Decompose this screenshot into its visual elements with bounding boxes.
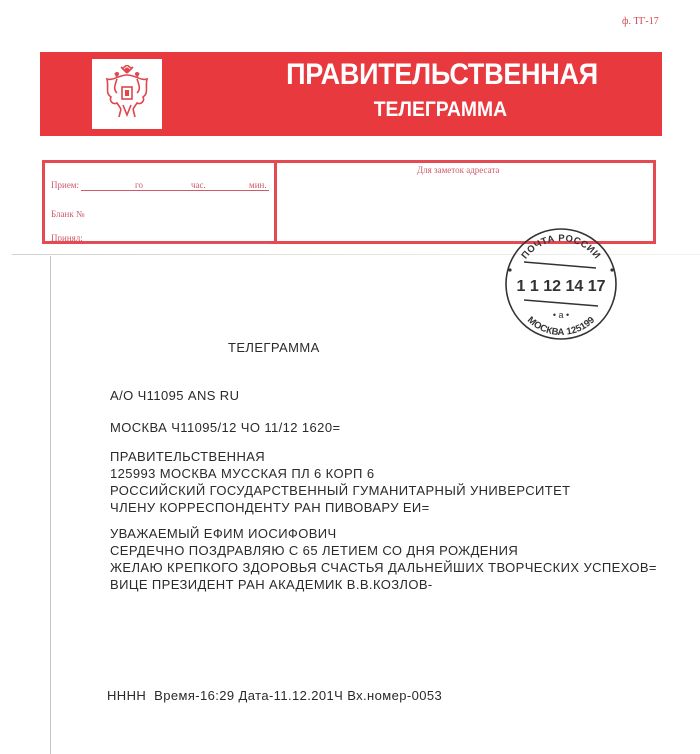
hour-label: час. [191, 180, 206, 190]
form-number-label: Бланк № [51, 209, 85, 219]
address-line: ПРАВИТЕЛЬСТВЕННАЯ [110, 448, 571, 465]
stamp-letter: • а • [553, 310, 569, 320]
address-line: 125993 МОСКВА МУССКАЯ ПЛ 6 КОРП 6 [110, 465, 571, 482]
banner-subtitle: ТЕЛЕГРАММА [330, 98, 551, 122]
paper-margin-line [50, 256, 51, 754]
footer-line: НННН Время-16:29 Дата-11.12.201Ч Вх.номе… [107, 687, 442, 704]
body-line: УВАЖАЕМЫЙ ЕФИМ ИОСИФОВИЧ [110, 525, 657, 542]
message-body: УВАЖАЕМЫЙ ЕФИМ ИОСИФОВИЧ СЕРДЕЧНО ПОЗДРА… [110, 525, 657, 593]
address-line: РОССИЙСКИЙ ГОСУДАРСТВЕННЫЙ ГУМАНИТАРНЫЙ … [110, 482, 571, 499]
footer-block: НННН Время-16:29 Дата-11.12.201Ч Вх.номе… [107, 687, 442, 704]
body-line: СЕРДЕЧНО ПОЗДРАВЛЯЮ С 65 ЛЕТИЕМ СО ДНЯ Р… [110, 542, 657, 559]
russian-coat-of-arms-icon [92, 59, 162, 129]
minute-label: мин. [249, 180, 267, 190]
body-line: ВИЦЕ ПРЕЗИДЕНТ РАН АКАДЕМИК В.В.КОЗЛОВ- [110, 576, 657, 593]
address-line: ЧЛЕНУ КОРРЕСПОНДЕНТУ РАН ПИВОВАРУ ЕИ= [110, 499, 571, 516]
route-block: А/О Ч11095 ANS RU [110, 387, 239, 404]
reception-section: Прием: го час. мин. Бланк № Принял: [45, 163, 277, 241]
origin-block: МОСКВА Ч11095/12 ЧО 11/12 1620= [110, 419, 340, 436]
route-line: А/О Ч11095 ANS RU [110, 387, 239, 404]
received-label: Прием: [51, 180, 79, 190]
banner-title: ПРАВИТЕЛЬСТВЕННАЯ [280, 58, 604, 92]
header-banner: ПРАВИТЕЛЬСТВЕННАЯ ТЕЛЕГРАММА [40, 52, 662, 136]
received-line [81, 190, 269, 191]
telegram-title: ТЕЛЕГРАММА [228, 340, 320, 355]
accepted-line [85, 243, 269, 244]
postmark-stamp: ПОЧТА РОССИИ 1 1 12 14 17 • а • МОСКВА 1… [496, 222, 626, 340]
stamp-date: 1 1 12 14 17 [517, 278, 606, 295]
origin-line: МОСКВА Ч11095/12 ЧО 11/12 1620= [110, 419, 340, 436]
day-label: го [135, 180, 143, 190]
form-code: ф. ТГ-17 [622, 16, 659, 27]
recipient-notes-label: Для заметок адресата [417, 165, 499, 175]
address-block: ПРАВИТЕЛЬСТВЕННАЯ 125993 МОСКВА МУССКАЯ … [110, 448, 571, 516]
accepted-label: Принял: [51, 233, 83, 243]
body-line: ЖЕЛАЮ КРЕПКОГО ЗДОРОВЬЯ СЧАСТЬЯ ДАЛЬНЕЙШ… [110, 559, 657, 576]
